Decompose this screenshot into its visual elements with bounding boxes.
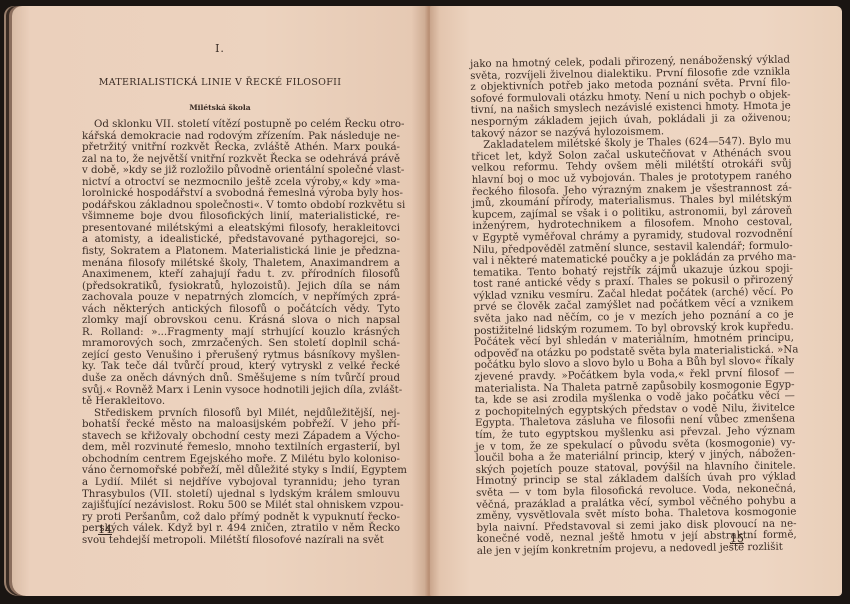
text-line: duše za oněch dávných dnů. Směšujeme s n… — [82, 373, 400, 385]
text-line: všimneme boje dvou filosofických linií, … — [82, 211, 400, 223]
text-line: fisty, Sokratem a Platonem. Materialisti… — [82, 246, 400, 258]
text-line: Od sklonku VII. století vítězí postupně … — [82, 119, 400, 131]
text-line: svůj.« Rovněž Marx i Lenin vysoce hodnot… — [82, 385, 400, 397]
text-line: zal na to, že největší vnitřní rozkvět Ř… — [82, 154, 400, 166]
text-line: zející gesto Venušino i přerušený rytmus… — [82, 350, 400, 362]
text-line: lorolnické hospodářství a svobodná řemes… — [82, 188, 400, 200]
section-title: Milétská škola — [12, 103, 428, 112]
chapter-number: I. — [12, 42, 428, 55]
text-line: přetržitý vnitřní rozkvět Řecka, zvláště… — [82, 142, 400, 154]
text-line: a atomisty, a idealistické, představovan… — [82, 234, 400, 246]
text-line: (předsokratiků, fysiokratů, hylozoistů).… — [82, 281, 400, 293]
text-line: a Lydií. Milét si nejdříve vybojoval tyr… — [82, 477, 400, 489]
book-spread: I. MATERIALISTICKÁ LINIE V ŘECKÉ FILOSOF… — [0, 0, 850, 604]
text-line: ky. Tak teče dál tvůrčí proud, který vyt… — [82, 361, 400, 373]
text-line: zajišťující nezávislost. Roku 500 se Mil… — [82, 500, 400, 512]
text-line: tě Herakleitovo. — [82, 396, 400, 408]
left-page-body: Od sklonku VII. století vítězí postupně … — [82, 119, 400, 546]
text-line: dem, měl rozvinuté řemeslo, mnoho textil… — [82, 442, 400, 454]
left-page: I. MATERIALISTICKÁ LINIE V ŘECKÉ FILOSOF… — [12, 6, 428, 596]
text-line: presentované milétskými a eleatskými fil… — [82, 223, 400, 235]
text-line: mramorových soch, zmrzačených. Sen stole… — [82, 338, 400, 350]
text-line: zlomky mají obrovskou cenu. Krásná slova… — [82, 315, 400, 327]
text-line: Anaximenem, kteří zahajují řadu t. zv. p… — [82, 269, 400, 281]
text-line: obchodním centrem Egejského moře. Z Milé… — [82, 454, 400, 466]
text-line: R. Rolland: »...Fragmenty mají strhující… — [82, 327, 400, 339]
text-line: perských válek. Když byl r. 494 zničen, … — [82, 523, 400, 535]
text-line: vách některých antických filosofů o počá… — [82, 304, 400, 316]
text-line: podářskou základnou společnosti«. V tomt… — [82, 200, 400, 212]
text-line: bohatší řecké město na maloasijském pobř… — [82, 419, 400, 431]
right-page-body: jako na hmotný celek, podali přirozený, … — [470, 55, 797, 558]
text-line: menána filosofy milétské školy, Thaletem… — [82, 258, 400, 270]
text-line: v době, »kdy se již rozložilo původně or… — [82, 165, 400, 177]
page-number-left: 14 — [98, 523, 112, 536]
chapter-title: MATERIALISTICKÁ LINIE V ŘECKÉ FILOSOFII — [12, 77, 428, 88]
right-page: jako na hmotný celek, podali přirozený, … — [430, 6, 842, 596]
text-line: ry proti Peršanům, což dalo přímý podnět… — [82, 512, 400, 524]
text-line: kářská demokracie nad rodovým zřízením. … — [82, 131, 400, 143]
text-line: zachovala pouze v nepatrných zlomcích, v… — [82, 292, 400, 304]
text-line: váno černomořské pobřeží, měl důležité s… — [82, 465, 400, 477]
text-line: Střediskem prvních filosofů byl Milét, n… — [82, 408, 400, 420]
text-line: svou tehdejší metropoli. Milétští filoso… — [82, 535, 400, 547]
text-line: nictví a otroctví se nezmocnilo ještě zc… — [82, 177, 400, 189]
page-number-right: 15 — [730, 532, 744, 545]
text-line: Thrasybulos (VII. století) ujednal s lyd… — [82, 489, 400, 501]
text-line: stavech se křižovaly obchodní cesty mezi… — [82, 431, 400, 443]
